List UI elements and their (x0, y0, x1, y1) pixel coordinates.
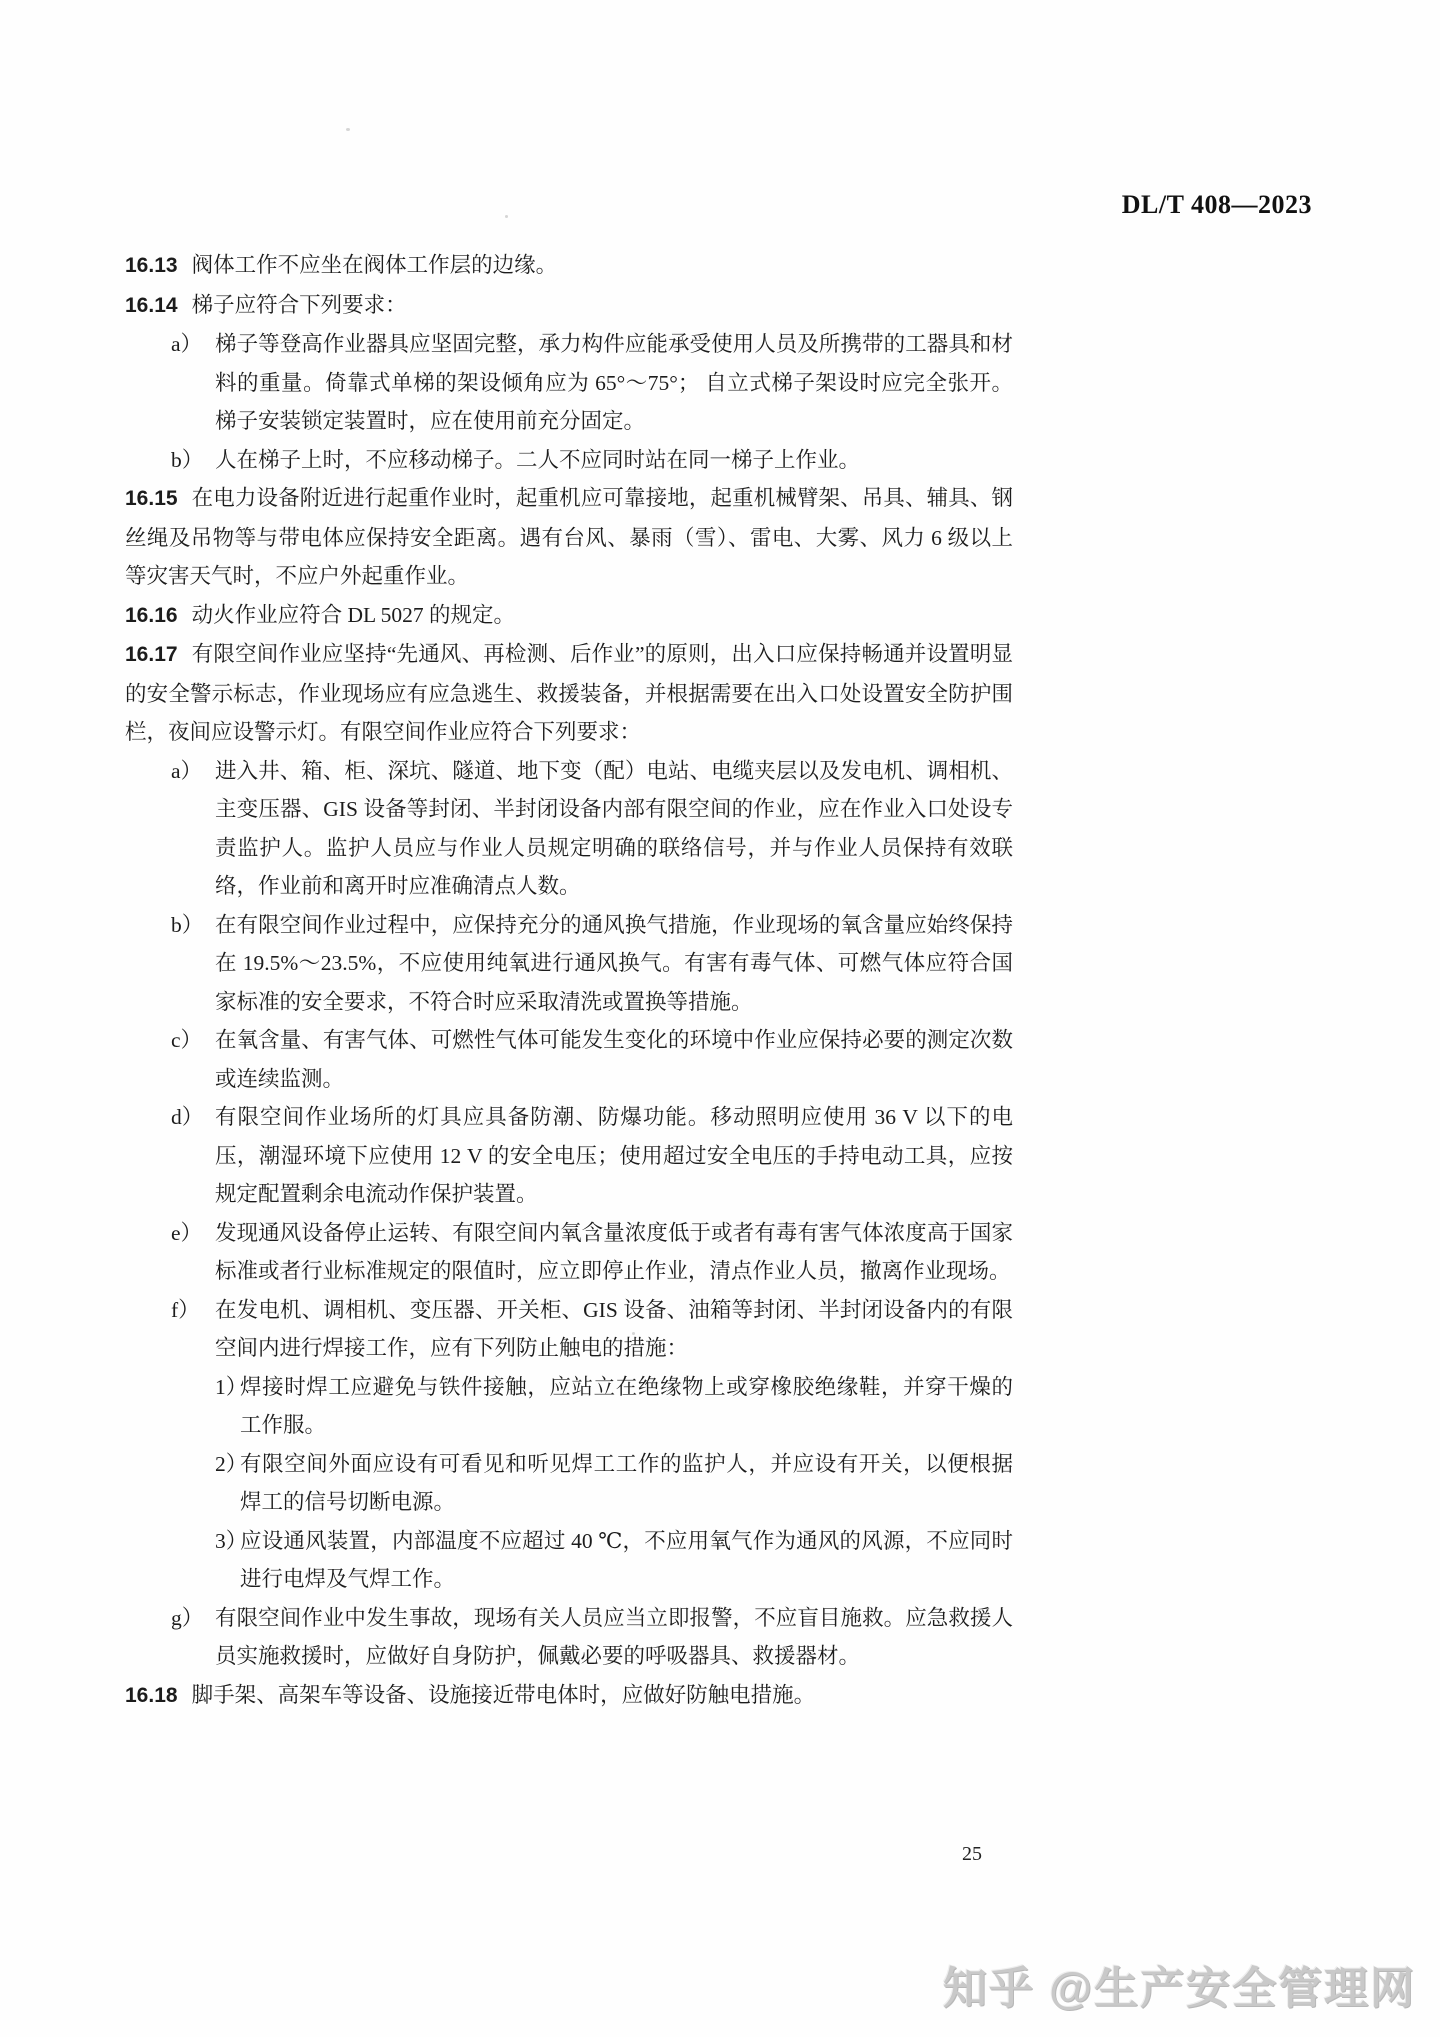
list-item-marker: e） (171, 1214, 202, 1253)
list-item-marker: b） (171, 441, 203, 480)
clause: 16.13阀体工作不应坐在阀体工作层的边缘。 (125, 246, 1013, 286)
clause-paragraph: 16.16动火作业应符合 DL 5027 的规定。 (125, 596, 1013, 636)
list-item-marker: a） (171, 752, 202, 791)
list-item-text: 在发电机、调相机、变压器、开关柜、GIS 设备、油箱等封闭、半封闭设备内的有限空… (215, 1298, 1013, 1361)
document-page: DL/T 408—2023 16.13阀体工作不应坐在阀体工作层的边缘。 16.… (0, 0, 1440, 2037)
list-item-marker: g） (171, 1599, 203, 1638)
clause-text: 有限空间作业应坚持“先通风、再检测、后作业”的原则，出入口应保持畅通并设置明显的… (125, 642, 1013, 744)
clause: 16.18脚手架、高架车等设备、设施接近带电体时，应做好防触电措施。 (125, 1676, 1013, 1716)
clause-number: 16.13 (125, 254, 178, 277)
sublist-item-text: 有限空间外面应设有可看见和听见焊工工作的监护人，并应设有开关，以便根据焊工的信号… (240, 1452, 1013, 1515)
sublist-item-marker: 3） (215, 1522, 247, 1561)
watermark: 知乎 @生产安全管理网 (943, 1952, 1416, 2016)
list-item-marker: f） (171, 1291, 200, 1330)
sublist-item-marker: 2） (215, 1445, 247, 1484)
page-number: 25 (962, 1843, 982, 1866)
list-item-text: 人在梯子上时，不应移动梯子。二人不应同时站在同一梯子上作业。 (215, 448, 860, 472)
clause: 16.15在电力设备附近进行起重作业时，起重机应可靠接地，起重机械臂架、吊具、辅… (125, 479, 1013, 596)
list-item: a）进入井、箱、柜、深坑、隧道、地下变（配）电站、电缆夹层以及发电机、调相机、主… (125, 752, 1013, 906)
list-item-text: 有限空间作业中发生事故，现场有关人员应当立即报警，不应盲目施救。应急救援人员实施… (215, 1606, 1013, 1669)
list-item-marker: c） (171, 1021, 202, 1060)
list-item: b）在有限空间作业过程中，应保持充分的通风换气措施，作业现场的氧含量应始终保持在… (125, 906, 1013, 1022)
list-subitems: 1）焊接时焊工应避免与铁件接触，应站立在绝缘物上或穿橡胶绝缘鞋，并穿干燥的工作服… (215, 1368, 1013, 1599)
clause-paragraph: 16.13阀体工作不应坐在阀体工作层的边缘。 (125, 246, 1013, 286)
list-item: c）在氧含量、有害气体、可燃性气体可能发生变化的环境中作业应保持必要的测定次数或… (125, 1021, 1013, 1098)
clause-paragraph: 16.15在电力设备附近进行起重作业时，起重机应可靠接地，起重机械臂架、吊具、辅… (125, 479, 1013, 596)
sublist-item-text: 焊接时焊工应避免与铁件接触，应站立在绝缘物上或穿橡胶绝缘鞋，并穿干燥的工作服。 (240, 1375, 1013, 1438)
list-item: f）在发电机、调相机、变压器、开关柜、GIS 设备、油箱等封闭、半封闭设备内的有… (125, 1291, 1013, 1599)
sublist-item-text: 应设通风装置，内部温度不应超过 40 ℃，不应用氧气作为通风的风源，不应同时进行… (240, 1529, 1013, 1592)
clause-items: a）梯子等登高作业器具应坚固完整，承力构件应能承受使用人员及所携带的工器具和材料… (125, 325, 1013, 479)
sublist-item: 1）焊接时焊工应避免与铁件接触，应站立在绝缘物上或穿橡胶绝缘鞋，并穿干燥的工作服… (215, 1368, 1013, 1445)
clause: 16.16动火作业应符合 DL 5027 的规定。 (125, 596, 1013, 636)
list-item-text: 有限空间作业场所的灯具应具备防潮、防爆功能。移动照明应使用 36 V 以下的电压… (215, 1105, 1013, 1206)
sublist-item: 2）有限空间外面应设有可看见和听见焊工工作的监护人，并应设有开关，以便根据焊工的… (215, 1445, 1013, 1522)
clause-text: 动火作业应符合 DL 5027 的规定。 (192, 603, 516, 627)
list-item-marker: b） (171, 906, 203, 945)
list-item-text: 在氧含量、有害气体、可燃性气体可能发生变化的环境中作业应保持必要的测定次数或连续… (215, 1028, 1013, 1091)
clause-text: 梯子应符合下列要求： (192, 293, 407, 317)
clause-number: 16.18 (125, 1684, 178, 1707)
list-item: b）人在梯子上时，不应移动梯子。二人不应同时站在同一梯子上作业。 (125, 441, 1013, 480)
sublist-item-marker: 1） (215, 1368, 247, 1407)
clause-paragraph: 16.17有限空间作业应坚持“先通风、再检测、后作业”的原则，出入口应保持畅通并… (125, 635, 1013, 752)
page-header: DL/T 408—2023 (1122, 190, 1312, 220)
clause: 16.17有限空间作业应坚持“先通风、再检测、后作业”的原则，出入口应保持畅通并… (125, 635, 1013, 1676)
clause-items: a）进入井、箱、柜、深坑、隧道、地下变（配）电站、电缆夹层以及发电机、调相机、主… (125, 752, 1013, 1676)
list-item-text: 在有限空间作业过程中，应保持充分的通风换气措施，作业现场的氧含量应始终保持在 1… (215, 913, 1013, 1014)
list-item-marker: d） (171, 1098, 203, 1137)
clause-number: 16.14 (125, 294, 178, 317)
clause-number: 16.17 (125, 643, 178, 666)
scan-speck (346, 128, 350, 131)
list-item-text: 梯子等登高作业器具应坚固完整，承力构件应能承受使用人员及所携带的工器具和材料的重… (215, 332, 1013, 433)
clause-text: 阀体工作不应坐在阀体工作层的边缘。 (192, 253, 558, 277)
list-item-text: 进入井、箱、柜、深坑、隧道、地下变（配）电站、电缆夹层以及发电机、调相机、主变压… (215, 759, 1013, 899)
list-item-marker: a） (171, 325, 202, 364)
clause-number: 16.15 (125, 487, 178, 510)
sublist-item: 3）应设通风装置，内部温度不应超过 40 ℃，不应用氧气作为通风的风源，不应同时… (215, 1522, 1013, 1599)
scan-speck (505, 215, 508, 218)
list-item: d）有限空间作业场所的灯具应具备防潮、防爆功能。移动照明应使用 36 V 以下的… (125, 1098, 1013, 1214)
scan-speck (632, 1332, 635, 1335)
clause-text: 脚手架、高架车等设备、设施接近带电体时，应做好防触电措施。 (192, 1683, 816, 1707)
list-item-text: 发现通风设备停止运转、有限空间内氧含量浓度低于或者有毒有害气体浓度高于国家标准或… (215, 1221, 1013, 1284)
list-item: a）梯子等登高作业器具应坚固完整，承力构件应能承受使用人员及所携带的工器具和材料… (125, 325, 1013, 441)
document-content: 16.13阀体工作不应坐在阀体工作层的边缘。 16.14梯子应符合下列要求： a… (125, 246, 1013, 1715)
list-item: g）有限空间作业中发生事故，现场有关人员应当立即报警，不应盲目施救。应急救援人员… (125, 1599, 1013, 1676)
clause-paragraph: 16.14梯子应符合下列要求： (125, 286, 1013, 326)
clause-paragraph: 16.18脚手架、高架车等设备、设施接近带电体时，应做好防触电措施。 (125, 1676, 1013, 1716)
clause-text: 在电力设备附近进行起重作业时，起重机应可靠接地，起重机械臂架、吊具、辅具、钢丝绳… (125, 486, 1013, 588)
clause: 16.14梯子应符合下列要求： a）梯子等登高作业器具应坚固完整，承力构件应能承… (125, 286, 1013, 480)
list-item: e）发现通风设备停止运转、有限空间内氧含量浓度低于或者有毒有害气体浓度高于国家标… (125, 1214, 1013, 1291)
clause-number: 16.16 (125, 604, 178, 627)
